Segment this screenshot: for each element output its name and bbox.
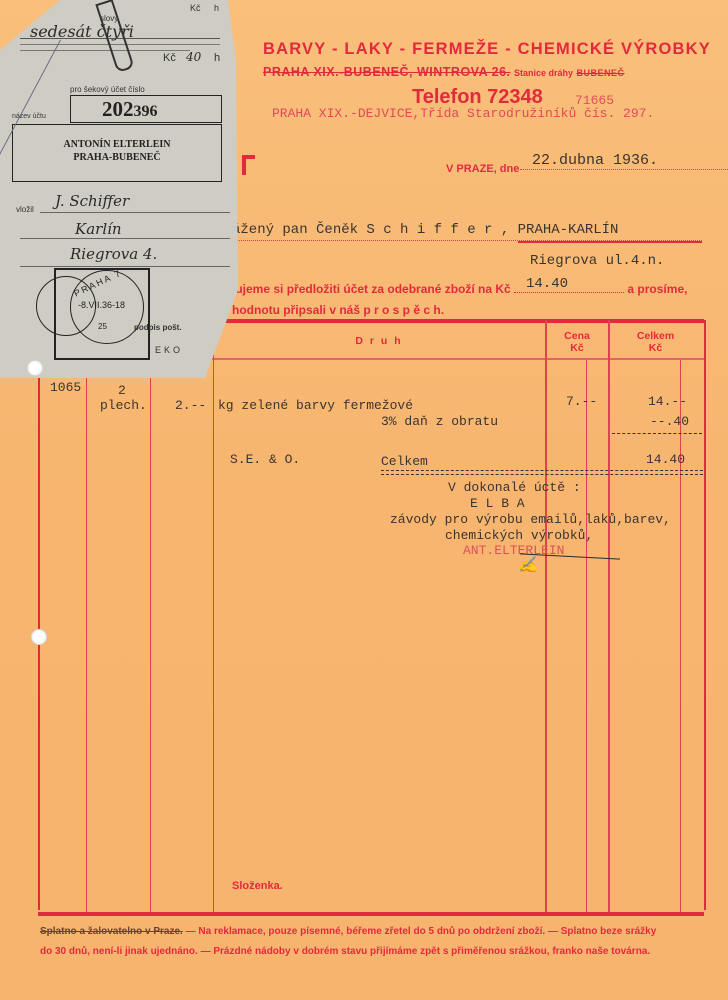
slip-rule — [20, 50, 190, 51]
footer-struck: Splatno a žalovatelno v Praze. — [40, 926, 183, 937]
col-line — [586, 360, 587, 912]
addressee: ážený pan Čeněk S c h i f f e r , PRAHA-… — [232, 222, 618, 238]
account-name1: ANTONÍN ELTERLEIN — [12, 138, 222, 151]
signature: ✍ — [518, 555, 538, 574]
slip-hal: 40 — [186, 50, 201, 64]
intro-prefix: lujeme si předložiti účet za odebrané zb… — [232, 282, 511, 296]
station-struck: BUBENEČ — [577, 68, 625, 78]
slip-signature-label: podpis pošt. — [134, 323, 182, 332]
col-line — [86, 320, 87, 912]
slip-kc: Kč — [190, 3, 201, 13]
slip-account-number: 202396 — [102, 97, 158, 122]
old-address-struck: PRAHA XIX.-BUBENEČ, WINTROVA 26. — [263, 65, 511, 79]
date-label: V PRAZE, dne — [446, 163, 519, 175]
slip-rule — [20, 238, 230, 239]
item-description: kg zelené barvy fermežové — [218, 398, 413, 413]
col-line — [608, 320, 610, 912]
account-name2: PRAHA-BUBENEČ — [12, 151, 222, 164]
new-address: PRAHA XIX.-DEJVICE,Třída Starodružiníků … — [272, 106, 654, 121]
addressee-underline — [518, 241, 702, 243]
intro-suffix: a prosíme, — [627, 282, 687, 296]
punch-hole — [27, 360, 43, 376]
item-weight: 2.-- — [175, 398, 206, 413]
letterhead-products: BARVY - LAKY - FERMEŽE - CHEMICKÉ VÝROBK… — [263, 40, 711, 59]
station-label: Stanice dráhy — [514, 68, 573, 78]
slip-depositor1: J. Schiffer — [55, 192, 129, 210]
col-line — [150, 320, 151, 912]
slip-depositor3: Riegrova 4. — [70, 245, 157, 263]
item-ref: 1065 — [50, 380, 81, 395]
slip-eko: EKO — [155, 345, 183, 355]
slip-h: h — [214, 3, 219, 13]
slip-kc2: Kč — [163, 52, 176, 64]
date-value: 22.dubna 1936. — [520, 152, 728, 170]
footer-text2: do 30 dnů, není-li jinak ujednáno. — Prá… — [40, 946, 650, 957]
postmark-date: -8.VII.36-18 — [78, 300, 125, 310]
intro-line2: hodnotu připsali v náš p r o s p ě c h. — [232, 303, 444, 317]
slip-account-name: ANTONÍN ELTERLEIN PRAHA-BUBENEČ — [12, 138, 222, 164]
header-cena-label: Cena — [546, 330, 608, 342]
slip-h2: h — [214, 52, 220, 64]
slip-rule — [40, 212, 230, 213]
closing-company: E L B A — [470, 496, 525, 511]
closing-desc1: závody pro výrobu emailů,laků,barev, — [390, 512, 671, 527]
total-double-rule — [381, 470, 703, 475]
slip-account-label: pro šekový účet číslo — [70, 85, 145, 94]
item-qty: 2 — [118, 383, 126, 398]
col-line — [545, 320, 547, 912]
account-big: 202 — [102, 97, 134, 121]
table-bottom-border — [38, 912, 704, 916]
closing-desc2: chemických výrobků, — [445, 528, 593, 543]
header-celkem-label: Celkem — [609, 330, 702, 342]
tax-total: --.40 — [650, 414, 689, 429]
header-celkem: Celkem Kč — [609, 330, 702, 354]
tax-description: 3% daň z obratu — [381, 414, 498, 429]
item-pack: plech. — [100, 398, 147, 413]
postal-slip: Kč h slovy sedesát čtyři Kč 40 h pro šek… — [0, 0, 238, 378]
col-line — [213, 320, 214, 912]
header-celkem-unit: Kč — [609, 342, 702, 354]
slip-deposited-label: vložil — [16, 205, 34, 214]
invoice-amount: 14.40 — [526, 276, 568, 292]
terms: S.E. & O. — [230, 452, 300, 467]
slip-depositor2: Karlín — [75, 220, 122, 238]
slozenka-label: Složenka. — [232, 880, 283, 892]
invoice-sheet: BARVY - LAKY - FERMEŽE - CHEMICKÉ VÝROBK… — [0, 0, 728, 1000]
item-total: 14.-- — [648, 394, 687, 409]
closing-greeting: V dokonalé úctě : — [448, 480, 581, 495]
account-small: 396 — [134, 103, 158, 120]
postmark-num: 25 — [98, 322, 107, 331]
header-druh: D r u h — [213, 335, 545, 347]
header-cena-unit: Kč — [546, 342, 608, 354]
letterhead-old-address: PRAHA XIX.-BUBENEČ, WINTROVA 26. Stanice… — [263, 65, 625, 79]
slip-rule — [20, 266, 230, 267]
intro-line1: lujeme si předložiti účet za odebrané zb… — [232, 282, 687, 296]
punch-hole — [31, 629, 47, 645]
ucet-title-fragment — [242, 155, 255, 175]
total-value: 14.40 — [646, 452, 685, 467]
total-label: Celkem — [381, 454, 428, 469]
subtotal-rule — [612, 433, 702, 434]
item-price: 7.-- — [566, 394, 597, 409]
addressee-street: Riegrova ul.4.n. — [530, 253, 664, 269]
footer-text1: — Na reklamace, pouze písemné, béřeme zř… — [186, 926, 657, 937]
header-cena: Cena Kč — [546, 330, 608, 354]
footer-terms: Splatno a žalovatelno v Praze. — Na rekl… — [40, 922, 710, 962]
col-line — [680, 360, 681, 912]
